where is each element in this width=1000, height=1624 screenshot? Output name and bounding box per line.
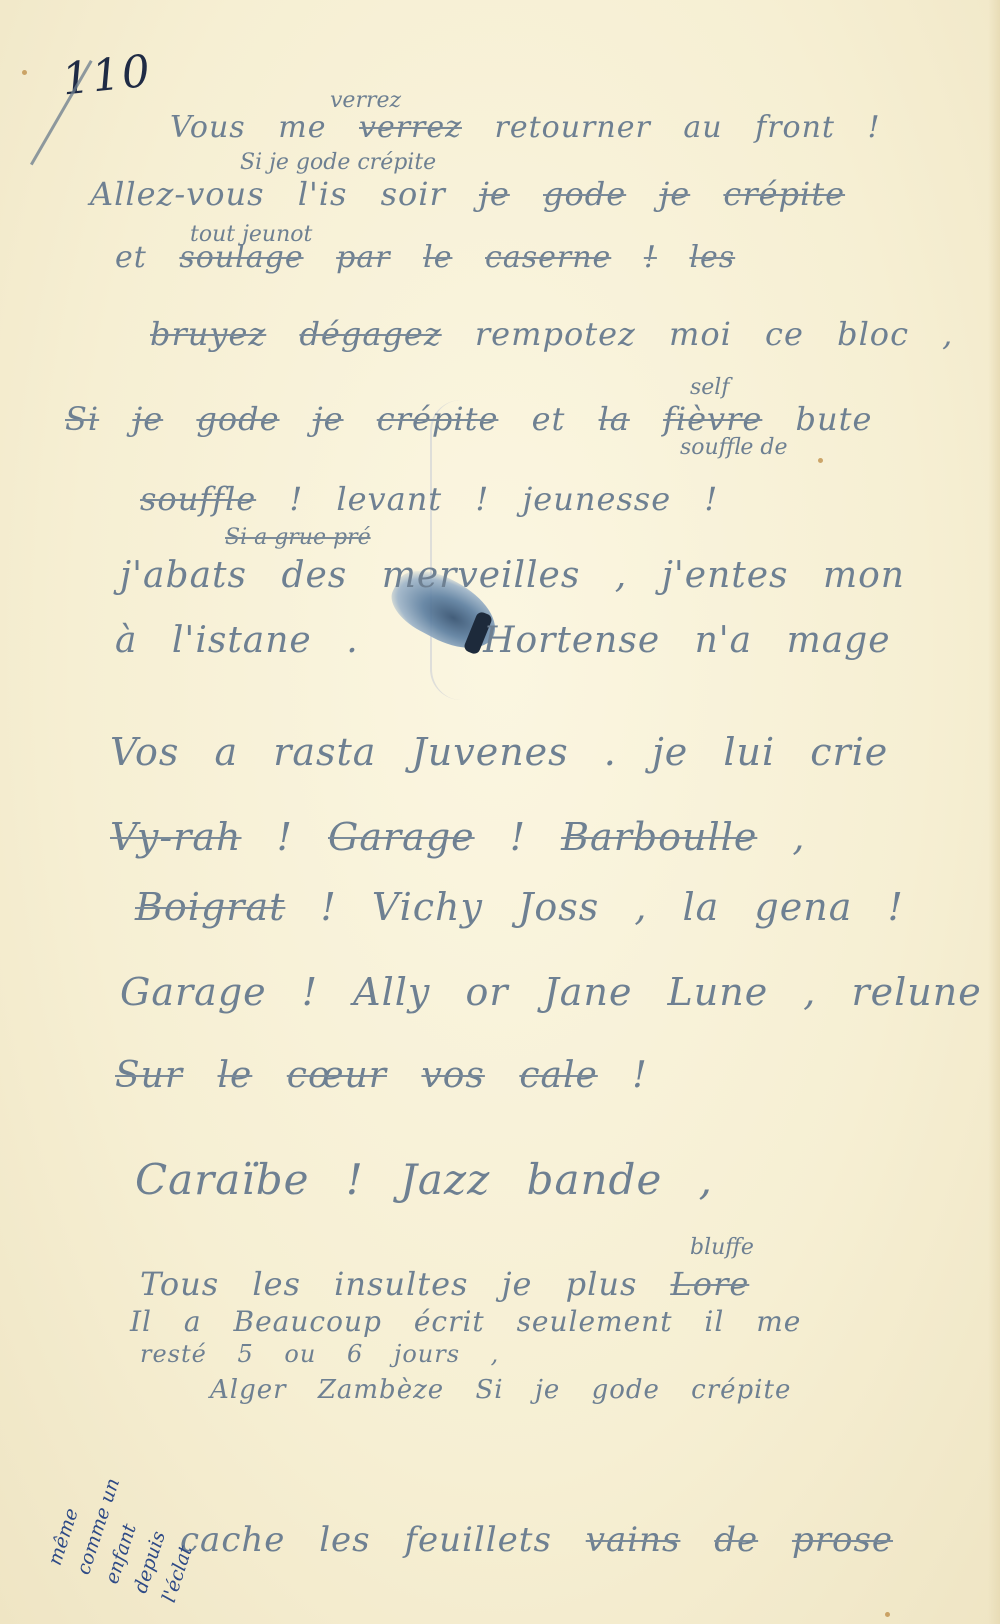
word-struck: Vy-rah — [110, 815, 242, 859]
word-struck: les — [689, 240, 735, 275]
word: a — [184, 1305, 202, 1338]
word: crie — [810, 730, 888, 774]
manuscript-line-3: et soulage par le caserne ! les — [115, 240, 757, 275]
manuscript-line-11: Boigrat ! Vichy Joss , la gena ! — [135, 885, 926, 929]
word: Beaucoup — [234, 1305, 382, 1338]
word: la — [683, 885, 720, 929]
word: ! — [475, 480, 489, 518]
word: gode — [592, 1375, 660, 1405]
insertion-interlope: bluffe — [690, 1235, 754, 1260]
manuscript-line-2: Allez-vous l'is soir je gode je crépite — [90, 175, 867, 213]
word: des — [281, 555, 347, 596]
word: Il — [130, 1305, 152, 1338]
word: , — [699, 1155, 713, 1204]
word-struck: Si — [65, 400, 99, 438]
word: ! — [887, 885, 903, 929]
word: Hortense — [483, 620, 660, 661]
manuscript-line-6: souffle ! levant ! jeunesse ! — [140, 480, 740, 518]
word-struck: prose — [792, 1520, 893, 1560]
word: or — [465, 970, 508, 1014]
manuscript-line-12: Garage ! Ally or Jane Lune , relune — [120, 970, 1000, 1014]
word: il — [704, 1305, 724, 1338]
word-struck: de — [714, 1520, 758, 1560]
word-struck: je — [313, 400, 344, 438]
word: Allez-vous — [90, 175, 265, 213]
insertion-souffle-de: souffle de — [680, 435, 788, 460]
word: soir — [381, 175, 446, 213]
word: ce — [765, 315, 804, 353]
manuscript-line-10: Vy-rah ! Garage ! Barboulle , — [110, 815, 828, 859]
word: ! — [632, 1055, 647, 1096]
manuscript-line-17: resté 5 ou 6 jours , — [140, 1340, 644, 1368]
word: , — [803, 970, 816, 1014]
word-struck: gode — [543, 175, 626, 213]
page-number: 110 — [60, 45, 155, 105]
word: ! — [302, 970, 318, 1014]
word: ! — [510, 815, 526, 859]
insertion-si-a-grue: Si a grue pré — [225, 525, 371, 550]
paper-spot — [22, 70, 27, 75]
word: et — [115, 240, 147, 275]
word: Jazz — [400, 1155, 490, 1204]
word-struck: Garage — [328, 815, 475, 859]
word: ! — [346, 1155, 364, 1204]
word-struck: le — [423, 240, 452, 275]
word-struck: Barboulle — [561, 815, 757, 859]
word-struck: crépite — [377, 400, 499, 438]
word: ! — [868, 110, 881, 145]
word: et — [532, 400, 566, 438]
manuscript-line-16: Il a Beaucoup écrit seulement il me — [130, 1305, 823, 1338]
word: Joss — [518, 885, 599, 929]
manuscript-line-8: à l'istane . Hortense n'a mage — [115, 620, 913, 661]
word: , — [634, 885, 647, 929]
word: Caraïbe — [135, 1155, 309, 1204]
word-struck: bruyez — [150, 315, 266, 353]
word: plus — [566, 1265, 638, 1303]
word: Vos — [110, 730, 179, 774]
word: ! — [289, 480, 303, 518]
manuscript-line-13: Sur le cœur vos cale ! — [115, 1055, 670, 1096]
word: , — [942, 315, 953, 353]
manuscript-line-9: Vos a rasta Juvenes . je lui crie — [110, 730, 910, 774]
word-struck: la — [599, 400, 630, 438]
word-struck: vos — [421, 1055, 485, 1096]
manuscript-line-18: Alger Zambèze Si je gode crépite — [210, 1375, 813, 1405]
word: Zambèze — [318, 1375, 444, 1405]
word: , — [792, 815, 805, 859]
word-struck: cale — [519, 1055, 597, 1096]
word: au — [683, 110, 722, 145]
word-struck: soulage — [179, 240, 303, 275]
word-struck: Boigrat — [135, 885, 285, 929]
manuscript-line-20: cache les feuillets vains de prose — [180, 1520, 915, 1560]
word: ! — [704, 480, 718, 518]
word: . — [346, 620, 358, 661]
word: ! — [277, 815, 293, 859]
word: moi — [669, 315, 732, 353]
manuscript-line-15: Tous les insultes je plus Lore — [140, 1265, 771, 1303]
word-struck: cœur — [287, 1055, 387, 1096]
word-struck: Lore — [671, 1265, 750, 1303]
word: Alger — [210, 1375, 287, 1405]
word: bute — [796, 400, 873, 438]
insertion-self: self — [690, 375, 730, 400]
word: l'is — [298, 175, 348, 213]
word: les — [319, 1520, 370, 1560]
word-struck: crépite — [723, 175, 845, 213]
word: à — [115, 620, 137, 661]
word: Si — [475, 1375, 503, 1405]
word: Vous — [170, 110, 246, 145]
word: je — [502, 1265, 533, 1303]
word-struck: souffle — [140, 480, 256, 518]
word-struck: gode — [196, 400, 279, 438]
word-struck: ! — [644, 240, 657, 275]
manuscript-line-1: Vous me verrez retourner au front ! — [170, 110, 903, 145]
word-struck: fièvre — [663, 400, 762, 438]
word: l'istane — [172, 620, 312, 661]
word: je — [652, 730, 688, 774]
word: ! — [320, 885, 336, 929]
word: merveilles — [382, 555, 581, 596]
insertion-si-je-gode: Si je gode crépite — [240, 150, 436, 175]
word: crépite — [691, 1375, 791, 1405]
paper-spot — [885, 1612, 890, 1617]
word-struck: le — [218, 1055, 253, 1096]
word: mage — [787, 620, 891, 661]
word-struck: Sur — [115, 1055, 183, 1096]
word: front — [755, 110, 835, 145]
paper-edge — [988, 0, 1000, 1624]
manuscript-line-7: j'abats des merveilles , j'entes mon — [120, 555, 927, 596]
word: retourner — [495, 110, 651, 145]
word: seulement — [517, 1305, 673, 1338]
word: les — [252, 1265, 301, 1303]
manuscript-line-4: bruyez dégagez rempotez moi ce bloc , — [150, 315, 975, 353]
word: relune — [851, 970, 981, 1014]
word: 6 — [347, 1340, 363, 1368]
word: levant — [336, 480, 442, 518]
word: insultes — [334, 1265, 468, 1303]
word: Vichy — [372, 885, 483, 929]
word: resté — [140, 1340, 207, 1368]
word: 5 — [237, 1340, 253, 1368]
word: me — [756, 1305, 801, 1338]
word: lui — [723, 730, 775, 774]
word-struck: je — [479, 175, 510, 213]
word-struck: dégagez — [299, 315, 441, 353]
word: Juvenes — [412, 730, 569, 774]
word: a — [214, 730, 238, 774]
word: gena — [754, 885, 852, 929]
paper-spot — [818, 458, 823, 463]
word: jours — [394, 1340, 460, 1368]
word: , — [615, 555, 627, 596]
word: ou — [284, 1340, 316, 1368]
word: mon — [823, 555, 905, 596]
word: Ally — [353, 970, 430, 1014]
word: me — [278, 110, 326, 145]
word-struck: je — [659, 175, 690, 213]
word: , — [491, 1340, 500, 1368]
word: Lune — [668, 970, 769, 1014]
word: écrit — [414, 1305, 485, 1338]
word: j'entes — [662, 555, 789, 596]
word: n'a — [695, 620, 753, 661]
word: Jane — [544, 970, 633, 1014]
word: je — [535, 1375, 560, 1405]
manuscript-line-14: Caraïbe ! Jazz bande , — [135, 1155, 735, 1204]
word: rempotez — [475, 315, 636, 353]
word: rasta — [273, 730, 376, 774]
word-struck: caserne — [485, 240, 611, 275]
word: Tous — [140, 1265, 219, 1303]
word: bloc — [837, 315, 909, 353]
word: Garage — [120, 970, 267, 1014]
word-struck: par — [336, 240, 390, 275]
word-struck: verrez — [359, 110, 462, 145]
word-struck: vains — [586, 1520, 681, 1560]
word: jeunesse — [522, 480, 671, 518]
word: . — [604, 730, 617, 774]
word: j'abats — [120, 555, 247, 596]
word: bande — [527, 1155, 663, 1204]
word: feuillets — [404, 1520, 551, 1560]
word-struck: je — [132, 400, 163, 438]
manuscript-line-5: Si je gode je crépite et la fièvre bute — [65, 400, 894, 438]
